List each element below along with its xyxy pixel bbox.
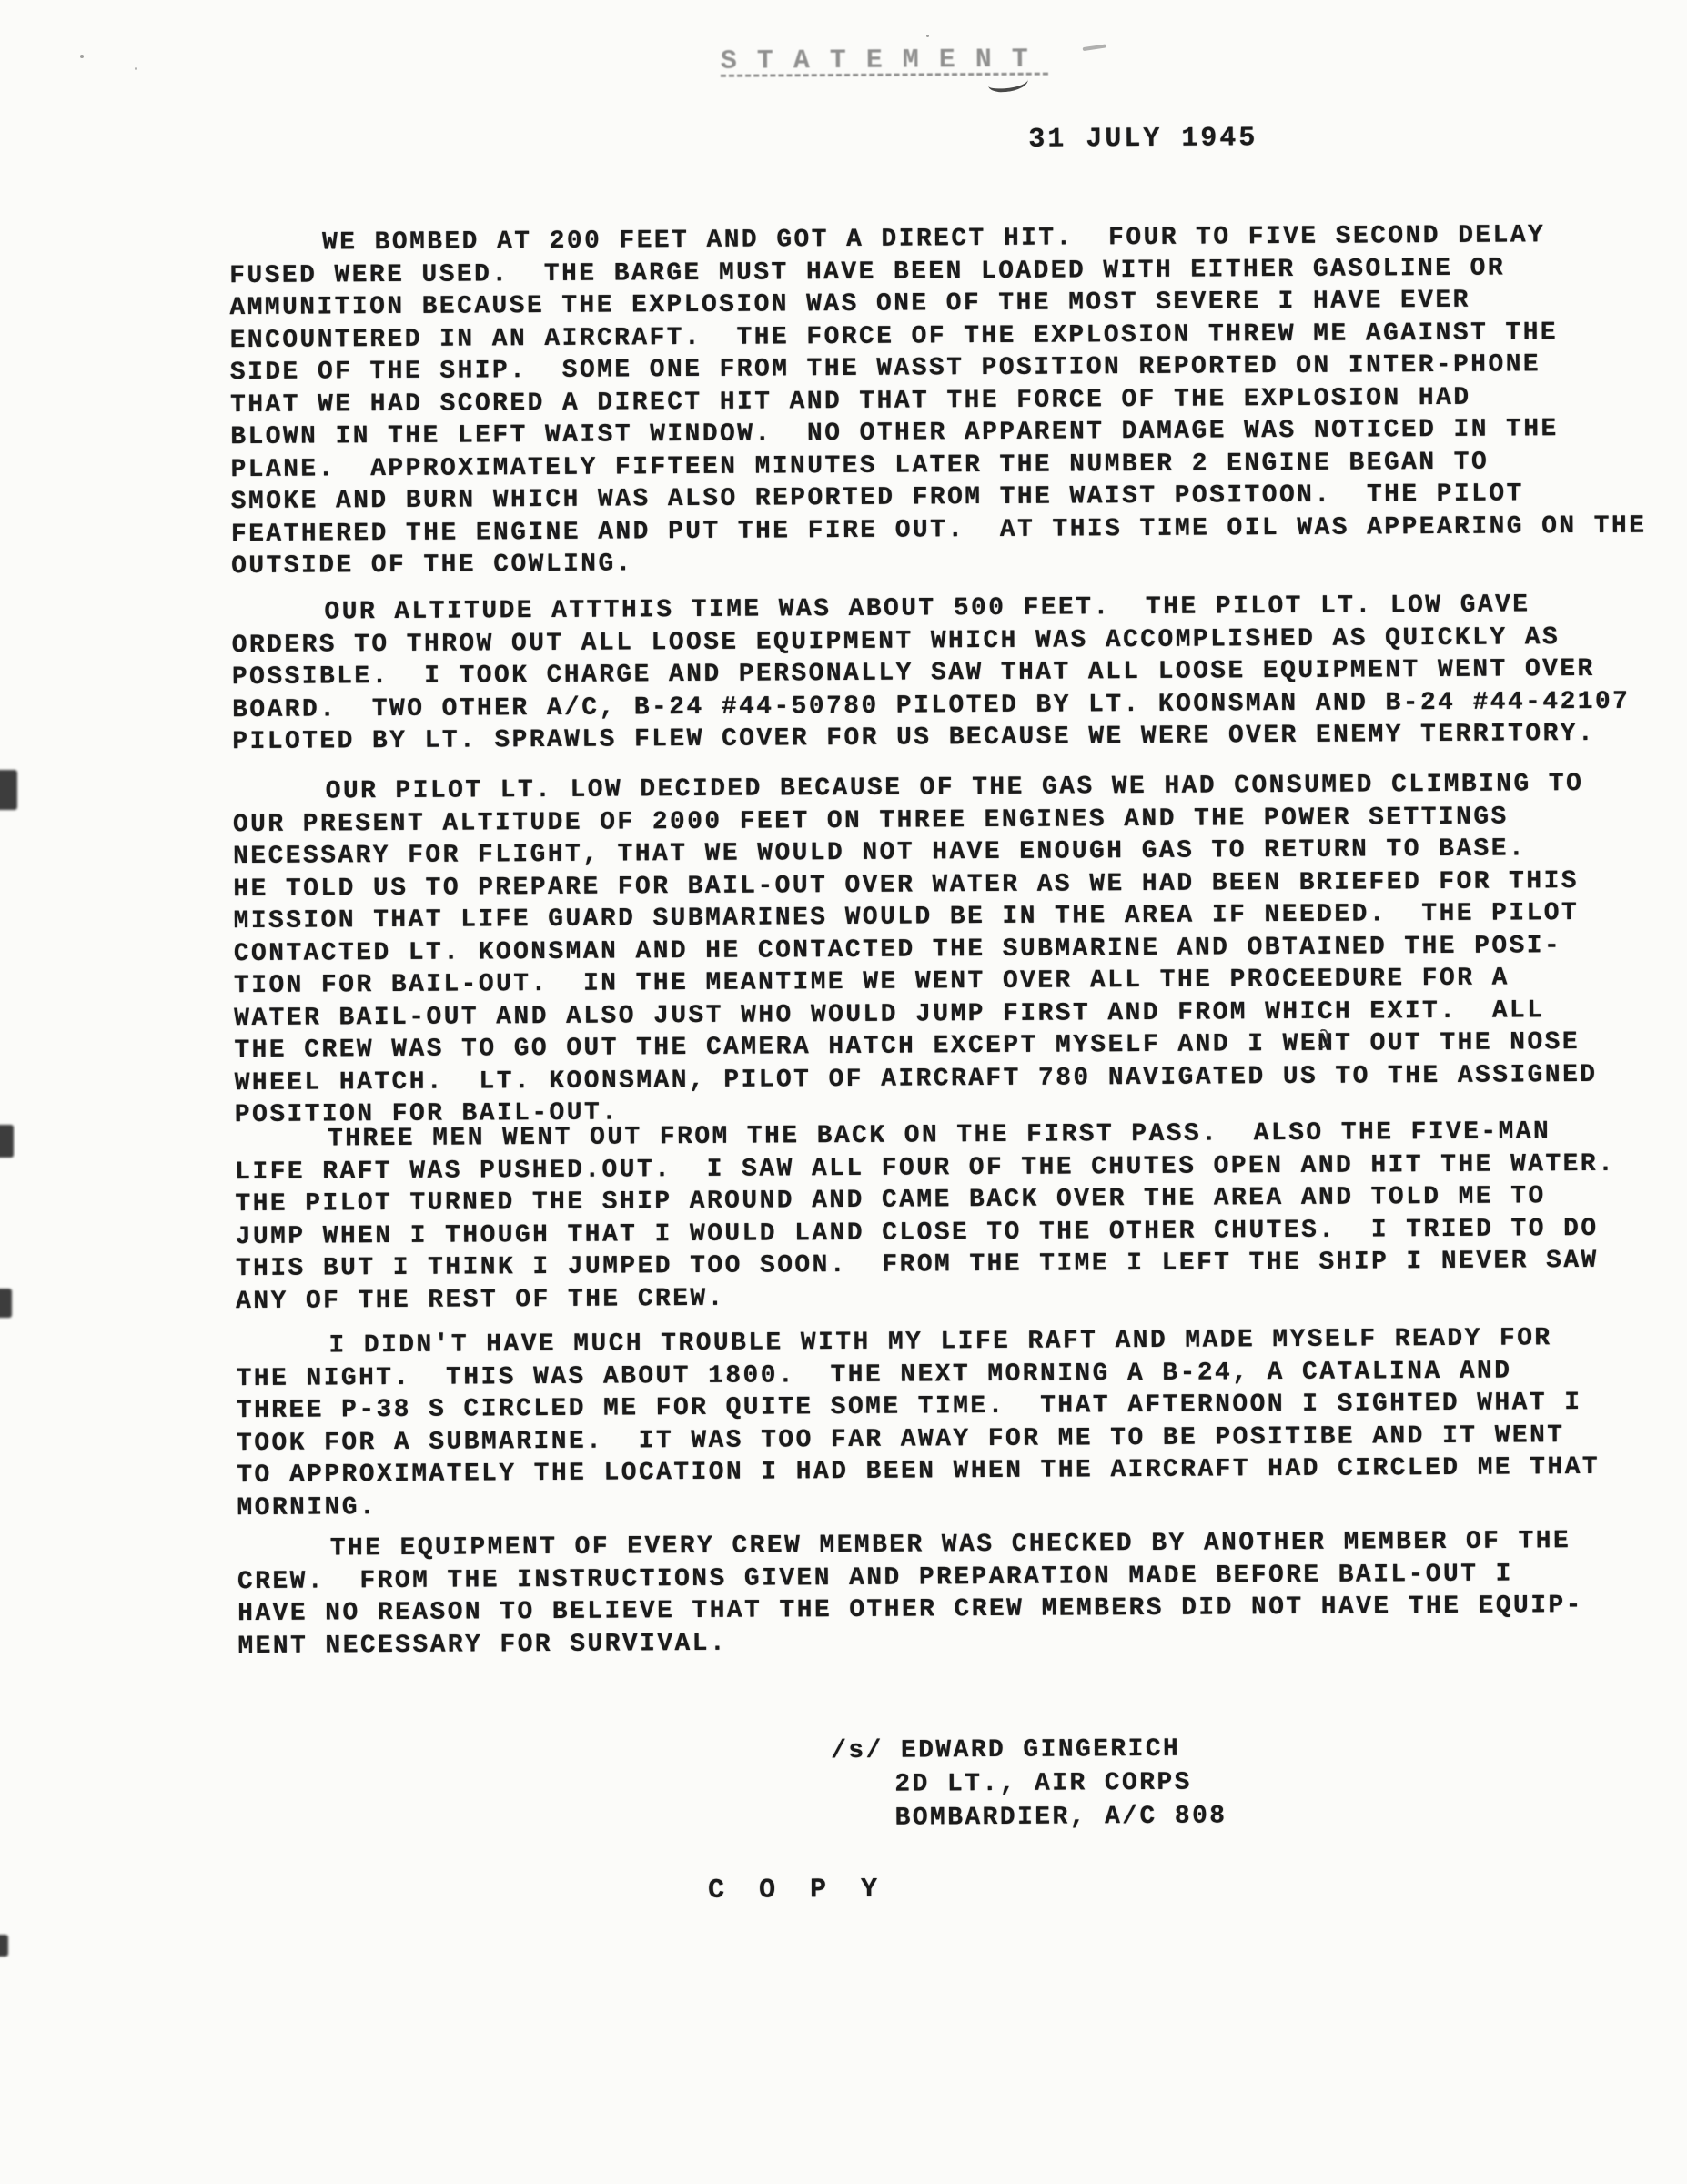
paragraph-3: OUR PILOT LT. LOW DECIDED BECAUSE OF THE… xyxy=(233,768,1598,1132)
signature-rank: 2D LT., AIR CORPS xyxy=(894,1765,1227,1801)
scan-speck xyxy=(926,35,929,37)
paragraph-2: OUR ALTITUDE ATTTHIS TIME WAS ABOUT 500 … xyxy=(231,589,1630,759)
scan-smudge xyxy=(0,770,17,810)
scan-smudge xyxy=(0,1125,14,1158)
scan-speck xyxy=(135,67,137,70)
pen-mark xyxy=(1083,44,1106,51)
document-date: 31 JULY 1945 xyxy=(1028,123,1258,156)
signature-name: /s/ EDWARD GINGERICH xyxy=(831,1732,1227,1768)
copy-stamp: C O P Y xyxy=(708,1875,886,1906)
document-body: WE BOMBED AT 200 FEET AND GOT A DIRECT H… xyxy=(227,0,1683,4)
paragraph-1: WE BOMBED AT 200 FEET AND GOT A DIRECT H… xyxy=(229,219,1647,583)
paragraph-5: I DIDN'T HAVE MUCH TROUBLE WITH MY LIFE … xyxy=(236,1322,1600,1524)
document-title: STATEMENT xyxy=(721,45,1048,77)
squiggle-mark xyxy=(987,72,1028,93)
signature-block: /s/ EDWARD GINGERICH 2D LT., AIR CORPS B… xyxy=(831,1732,1227,1835)
scan-smudge xyxy=(0,1935,8,1956)
scan-smudge xyxy=(0,1289,12,1318)
paragraph-6: THE EQUIPMENT OF EVERY CREW MEMBER WAS C… xyxy=(237,1525,1583,1663)
scanned-document-page: STATEMENT 31 JULY 1945 WE BOMBED AT 200 … xyxy=(0,0,1687,2184)
paragraph-4: THREE MEN WENT OUT FROM THE BACK ON THE … xyxy=(235,1116,1616,1318)
scan-speck xyxy=(80,55,84,58)
scan-tilt-wrapper: STATEMENT 31 JULY 1945 WE BOMBED AT 200 … xyxy=(0,0,1687,2184)
signature-role: BOMBARDIER, A/C 808 xyxy=(894,1799,1227,1835)
